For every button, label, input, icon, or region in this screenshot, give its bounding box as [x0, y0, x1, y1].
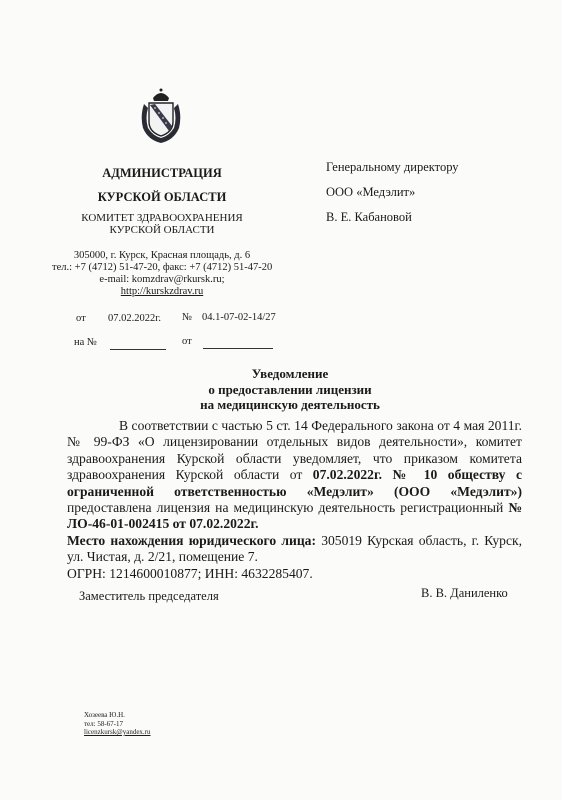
title-line2: о предоставлении лицензии: [130, 382, 450, 398]
title-line1: Уведомление: [130, 366, 450, 382]
body-line: здравоохранения Курской области уведомля…: [67, 451, 522, 467]
number-sign: №: [508, 500, 522, 515]
executor-name: Хозеева Ю.Н.: [84, 711, 151, 720]
document-title: Уведомление о предоставлении лицензии на…: [130, 366, 450, 413]
website-link-text[interactable]: http://kurskzdrav.ru: [121, 286, 203, 297]
notification-body: В соответствии с частью 5 ст. 14 Федерал…: [67, 418, 522, 582]
number-label: №: [182, 312, 192, 323]
legal-address-value: 305019 Курская область, г. Курск,: [316, 533, 522, 548]
body-line: ул. Чистая, д. 2/21, помещение 7.: [67, 549, 522, 565]
executor-phone: тел: 58-67-17: [84, 720, 151, 729]
org-address: 305000, г. Курск, Красная площадь, д. 6: [52, 250, 272, 261]
executor-email-link[interactable]: licenzkursk@yandex.ru: [84, 728, 151, 737]
license-granted-text: предоставлена лицензия на медицинскую де…: [67, 500, 508, 515]
committee-name-line2: КУРСКОЙ ОБЛАСТИ: [52, 224, 272, 236]
reply-from-label: от: [182, 336, 192, 347]
org-website-link[interactable]: http://kurskzdrav.ru: [52, 286, 272, 297]
body-line: ограниченной ответственностью «Медэлит» …: [67, 484, 522, 500]
kursk-coat-of-arms-icon: [138, 86, 184, 146]
org-name-line1: АДМИНИСТРАЦИЯ: [52, 166, 272, 181]
committee-name-line1: КОМИТЕТ ЗДРАВООХРАНЕНИЯ: [52, 212, 272, 224]
org-name-line2: КУРСКОЙ ОБЛАСТИ: [52, 190, 272, 205]
recipient-company: ООО «Медэлит»: [326, 185, 415, 200]
reply-to-label: на №: [74, 337, 97, 348]
outgoing-number: 04.1-07-02-14/27: [202, 312, 276, 323]
reply-to-number-blank: [110, 337, 166, 355]
executor-info: Хозеева Ю.Н. тел: 58-67-17 licenzkursk@y…: [84, 711, 151, 737]
license-number: ЛО-46-01-002415 от 07.02.2022г.: [67, 516, 522, 532]
body-line: здравоохранения Курской области от 07.02…: [67, 467, 522, 483]
registration-ids: ОГРН: 1214600010877; ИНН: 4632285407.: [67, 566, 522, 582]
body-line: предоставлена лицензия на медицинскую де…: [67, 500, 522, 516]
body-line: В соответствии с частью 5 ст. 14 Федерал…: [67, 418, 522, 434]
org-phone-fax: тел.: +7 (4712) 51-47-20, факс: +7 (4712…: [52, 262, 272, 273]
legal-address-label: Место нахождения юридического лица:: [67, 533, 316, 548]
body-line: № 99-ФЗ «О лицензировании отдельных видо…: [67, 434, 522, 450]
org-email: e-mail: komzdrav@rkursk.ru;: [52, 274, 272, 285]
reply-from-date-blank: [203, 336, 273, 354]
order-intro-text: здравоохранения Курской области от: [67, 467, 313, 482]
recipient-position: Генеральному директору: [326, 160, 459, 175]
date-label: от: [76, 313, 86, 324]
outgoing-date: 07.02.2022г.: [108, 313, 161, 324]
title-line3: на медицинскую деятельность: [130, 397, 450, 413]
body-line: Место нахождения юридического лица: 3050…: [67, 533, 522, 549]
signatory-position: Заместитель председателя: [79, 589, 219, 604]
order-date-number: 07.02.2022г. № 10 обществу с: [313, 467, 522, 482]
recipient-name: В. Е. Кабановой: [326, 210, 412, 225]
signatory-name: В. В. Даниленко: [421, 586, 508, 601]
